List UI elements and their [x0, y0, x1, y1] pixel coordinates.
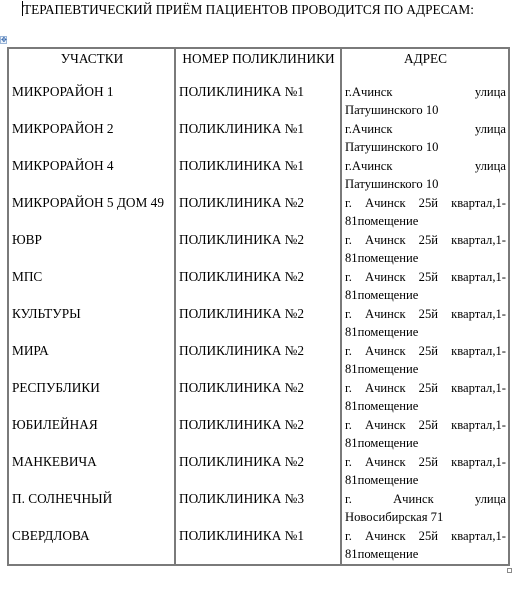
document-heading: ТЕРАПЕВТИЧЕСКИЙ ПРИЁМ ПАЦИЕНТОВ ПРОВОДИТ…: [22, 1, 474, 19]
table-move-handle-icon[interactable]: ✥: [0, 36, 7, 44]
table-header-row: УЧАСТКИ НОМЕР ПОЛИКЛИНИКИ АДРЕС: [8, 48, 509, 83]
address-cell: г.Ачинск улица Патушинского 10: [341, 83, 509, 120]
table-row: МИКРОРАЙОН 5 ДОМ 49ПОЛИКЛИНИКА №2г. Ачин…: [8, 194, 509, 231]
clinic-cell: ПОЛИКЛИНИКА №1: [175, 157, 341, 194]
address-cell: г.Ачинск улица Патушинского 10: [341, 120, 509, 157]
table-row: МИКРОРАЙОН 4ПОЛИКЛИНИКА №1г.Ачинск улица…: [8, 157, 509, 194]
table-row: МИКРОРАЙОН 1ПОЛИКЛИНИКА №1г.Ачинск улица…: [8, 83, 509, 120]
address-cell: г. Ачинск 25й квартал,1-81помещение: [341, 268, 509, 305]
clinic-cell: ПОЛИКЛИНИКА №1: [175, 120, 341, 157]
address-cell: г. Ачинск 25й квартал,1-81помещение: [341, 453, 509, 490]
table-row: КУЛЬТУРЫПОЛИКЛИНИКА №2г. Ачинск 25й квар…: [8, 305, 509, 342]
address-cell: г. Ачинск 25й квартал,1-81помещение: [341, 416, 509, 453]
address-table: УЧАСТКИ НОМЕР ПОЛИКЛИНИКИ АДРЕС МИКРОРАЙ…: [7, 47, 510, 566]
address-cell: г.Ачинск улица Патушинского 10: [341, 157, 509, 194]
district-cell: ЮБИЛЕЙНАЯ: [8, 416, 175, 453]
district-cell: П. СОЛНЕЧНЫЙ: [8, 490, 175, 527]
district-cell: ЮВР: [8, 231, 175, 268]
table-row: МПСПОЛИКЛИНИКА №2г. Ачинск 25й квартал,1…: [8, 268, 509, 305]
address-cell: г. Ачинск 25й квартал,1-81помещение: [341, 342, 509, 379]
address-cell: г. Ачинск 25й квартал,1-81помещение: [341, 379, 509, 416]
table-row: ЮБИЛЕЙНАЯПОЛИКЛИНИКА №2г. Ачинск 25й ква…: [8, 416, 509, 453]
header-address: АДРЕС: [341, 48, 509, 83]
table-resize-handle-icon[interactable]: [507, 568, 512, 573]
table-row: РЕСПУБЛИКИПОЛИКЛИНИКА №2г. Ачинск 25й кв…: [8, 379, 509, 416]
district-cell: СВЕРДЛОВА: [8, 527, 175, 565]
table-row: МИРАПОЛИКЛИНИКА №2г. Ачинск 25й квартал,…: [8, 342, 509, 379]
clinic-cell: ПОЛИКЛИНИКА №3: [175, 490, 341, 527]
clinic-cell: ПОЛИКЛИНИКА №2: [175, 231, 341, 268]
district-cell: РЕСПУБЛИКИ: [8, 379, 175, 416]
district-cell: МИКРОРАЙОН 4: [8, 157, 175, 194]
table-row: МИКРОРАЙОН 2ПОЛИКЛИНИКА №1г.Ачинск улица…: [8, 120, 509, 157]
district-cell: МИРА: [8, 342, 175, 379]
clinic-cell: ПОЛИКЛИНИКА №1: [175, 527, 341, 565]
clinic-cell: ПОЛИКЛИНИКА №2: [175, 194, 341, 231]
table-row: ЮВРПОЛИКЛИНИКА №2г. Ачинск 25й квартал,1…: [8, 231, 509, 268]
district-cell: КУЛЬТУРЫ: [8, 305, 175, 342]
table-row: МАНКЕВИЧАПОЛИКЛИНИКА №2г. Ачинск 25й ква…: [8, 453, 509, 490]
address-cell: г. Ачинск улица Новосибирская 71: [341, 490, 509, 527]
clinic-cell: ПОЛИКЛИНИКА №2: [175, 305, 341, 342]
table-row: СВЕРДЛОВАПОЛИКЛИНИКА №1г. Ачинск 25й ква…: [8, 527, 509, 565]
clinic-cell: ПОЛИКЛИНИКА №2: [175, 342, 341, 379]
address-cell: г. Ачинск 25й квартал,1-81помещение: [341, 305, 509, 342]
district-cell: МАНКЕВИЧА: [8, 453, 175, 490]
clinic-cell: ПОЛИКЛИНИКА №2: [175, 416, 341, 453]
clinic-cell: ПОЛИКЛИНИКА №2: [175, 453, 341, 490]
header-clinic-number: НОМЕР ПОЛИКЛИНИКИ: [175, 48, 341, 83]
heading-text: ТЕРАПЕВТИЧЕСКИЙ ПРИЁМ ПАЦИЕНТОВ ПРОВОДИТ…: [23, 2, 474, 17]
district-cell: МПС: [8, 268, 175, 305]
clinic-cell: ПОЛИКЛИНИКА №2: [175, 379, 341, 416]
table-body: МИКРОРАЙОН 1ПОЛИКЛИНИКА №1г.Ачинск улица…: [8, 83, 509, 565]
address-cell: г. Ачинск 25й квартал,1-81помещение: [341, 194, 509, 231]
address-cell: г. Ачинск 25й квартал,1-81помещение: [341, 527, 509, 565]
table-row: П. СОЛНЕЧНЫЙПОЛИКЛИНИКА №3г. Ачинск улиц…: [8, 490, 509, 527]
address-cell: г. Ачинск 25й квартал,1-81помещение: [341, 231, 509, 268]
clinic-cell: ПОЛИКЛИНИКА №2: [175, 268, 341, 305]
clinic-cell: ПОЛИКЛИНИКА №1: [175, 83, 341, 120]
district-cell: МИКРОРАЙОН 1: [8, 83, 175, 120]
district-cell: МИКРОРАЙОН 5 ДОМ 49: [8, 194, 175, 231]
district-cell: МИКРОРАЙОН 2: [8, 120, 175, 157]
header-districts: УЧАСТКИ: [8, 48, 175, 83]
